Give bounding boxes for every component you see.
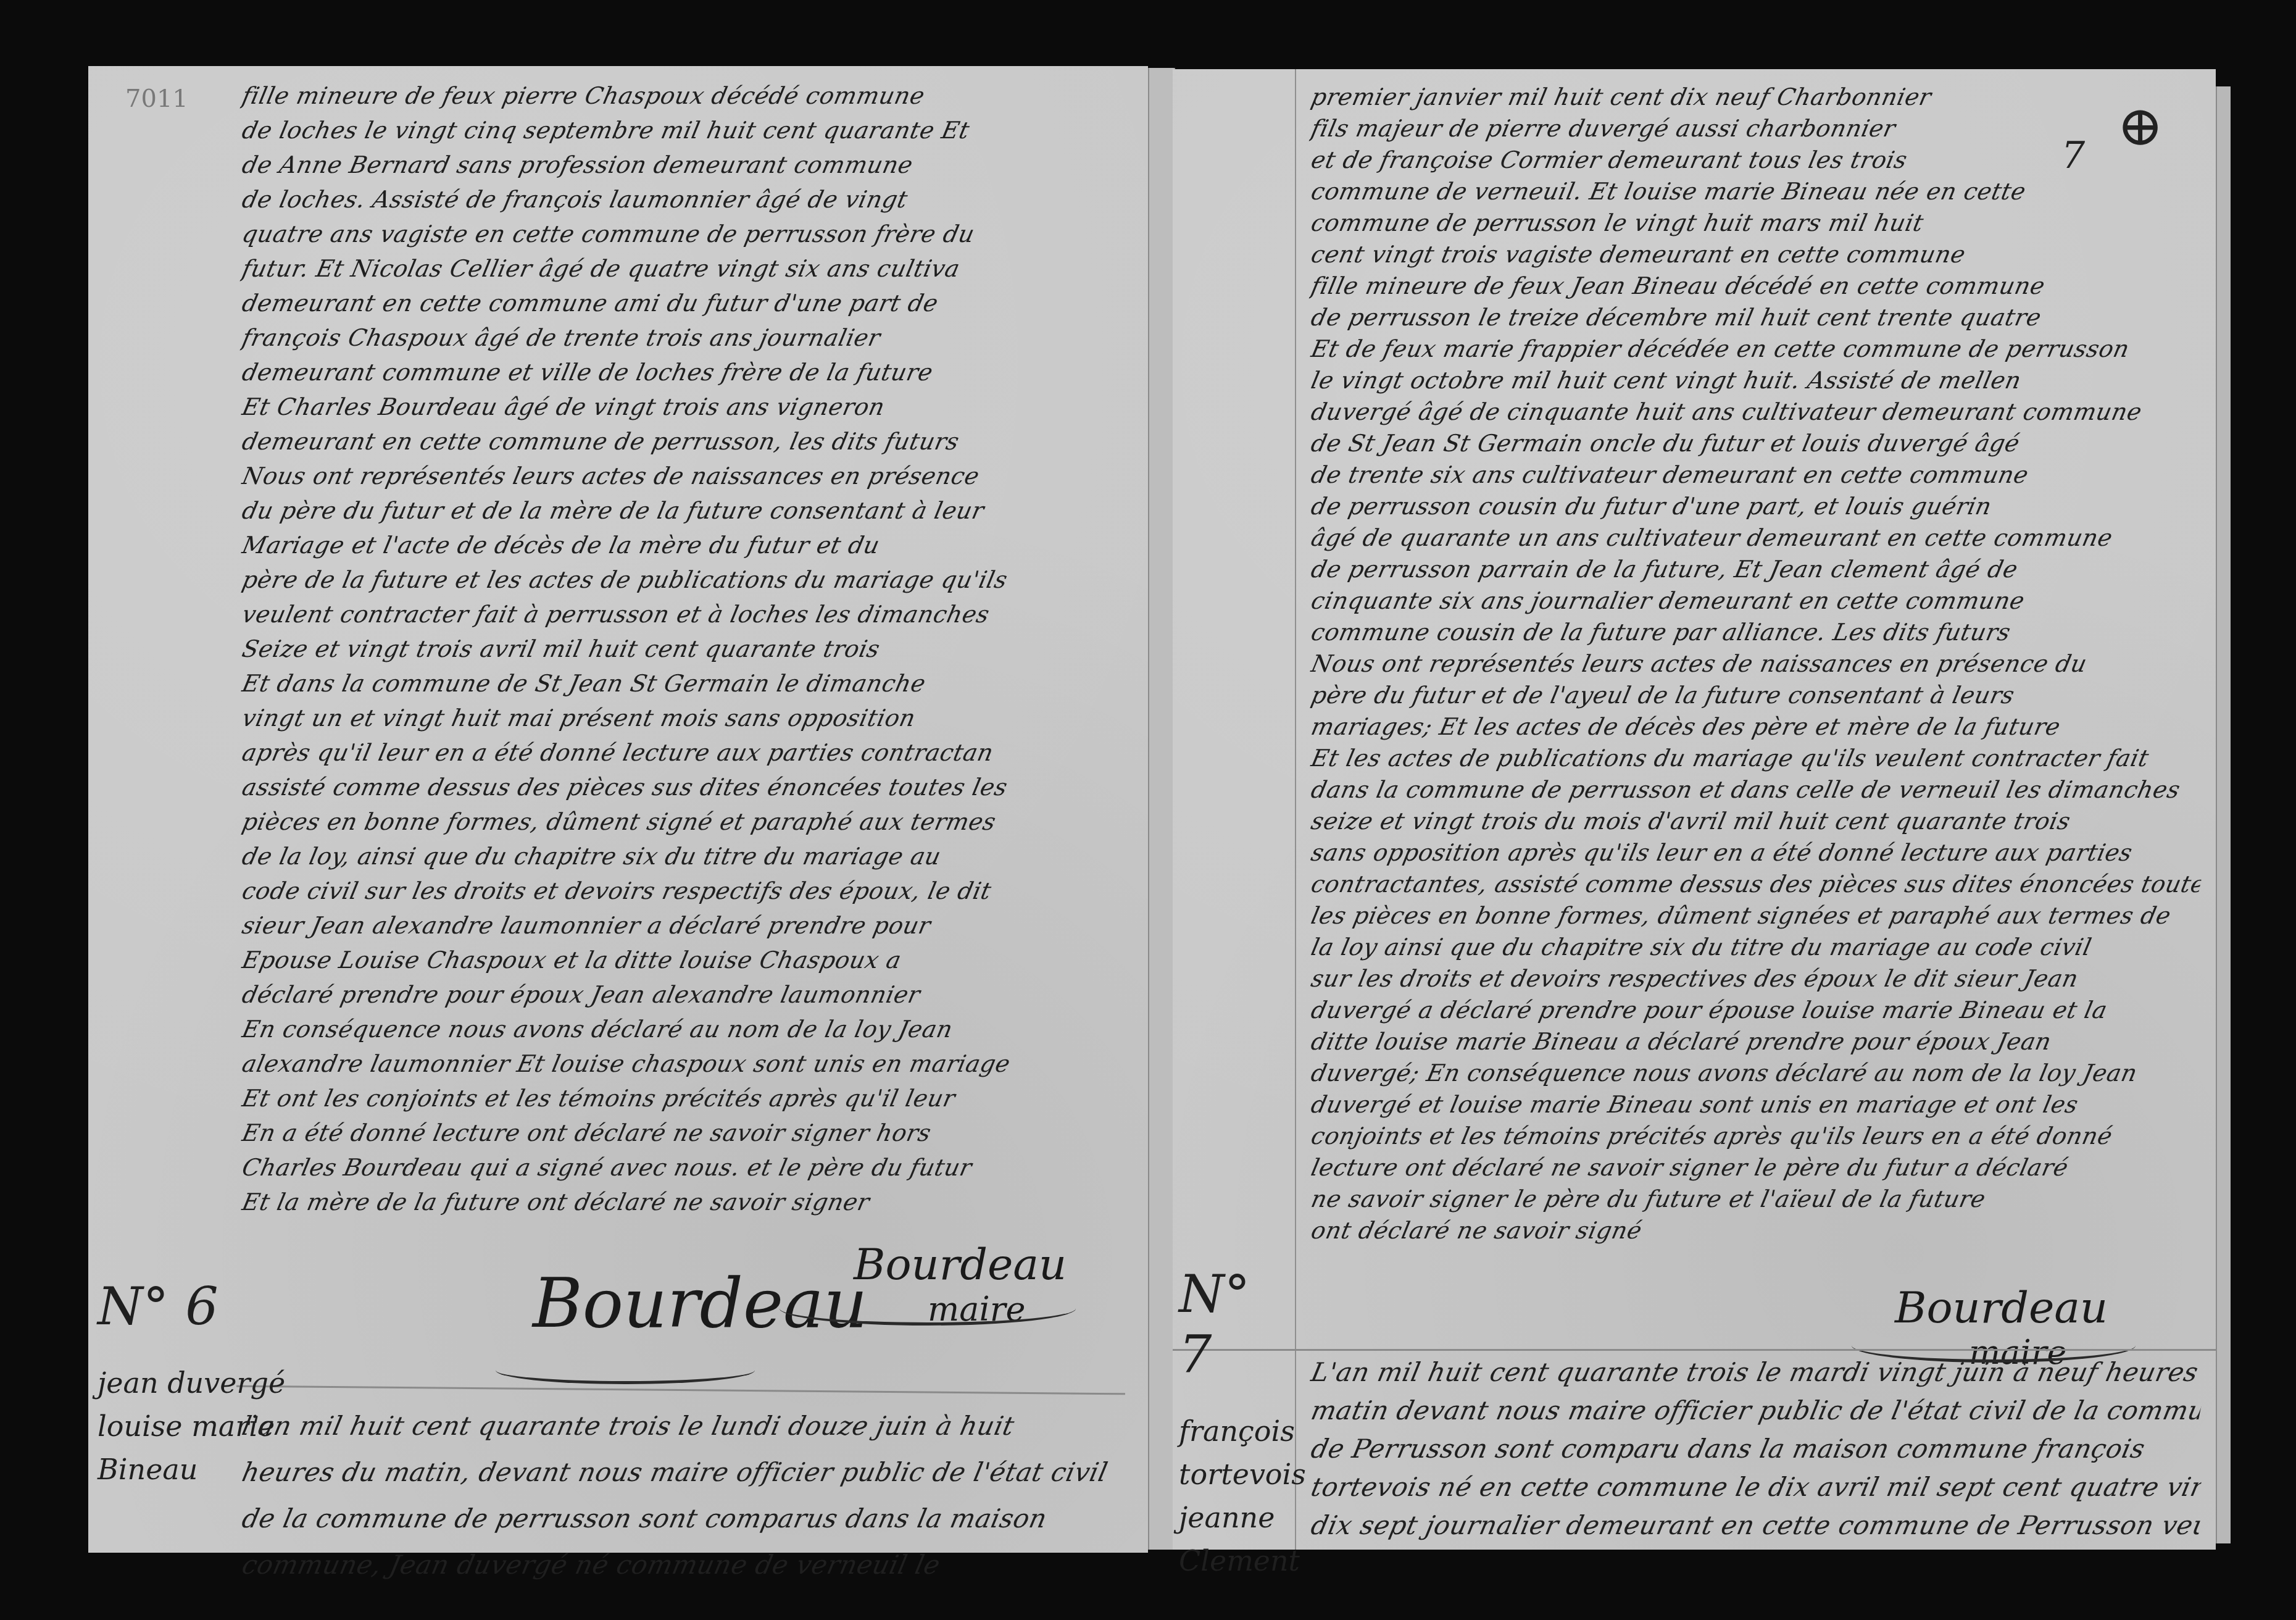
text-line: L'an mil huit cent quarante trois le mar… — [1307, 1353, 2204, 1392]
text-line: duvergé âgé de cinquante huit ans cultiv… — [1308, 396, 2204, 428]
margin-name: françois — [1179, 1409, 1296, 1453]
left-page: 7011 fille mineure de feux pierre Chaspo… — [88, 66, 1148, 1553]
margin-name: jeanne — [1179, 1496, 1296, 1539]
margin-name: Bineau — [98, 1448, 239, 1491]
text-line: la loy ainsi que du chapitre six du titr… — [1308, 932, 2204, 963]
text-line: demeurant commune et ville de loches frè… — [239, 355, 1135, 390]
text-line: futur. Et Nicolas Cellier âgé de quatre … — [239, 251, 1135, 286]
text-line: et de françoise Cormier demeurant tous l… — [1308, 144, 2204, 176]
text-line: pièces en bonne formes, dûment signé et … — [239, 804, 1135, 839]
text-line: duvergé a déclaré prendre pour épouse lo… — [1308, 995, 2204, 1026]
act-separator — [1173, 1349, 2216, 1351]
margin-name: louise marie — [98, 1405, 239, 1448]
text-line: dans la commune de perrusson et dans cel… — [1308, 774, 2204, 806]
text-line: commune cousin de la future par alliance… — [1308, 617, 2204, 648]
text-line: père de la future et les actes de public… — [239, 562, 1135, 597]
text-line: après qu'il leur en a été donné lecture … — [239, 735, 1135, 770]
text-line: Mariage et l'acte de décès de la mère du… — [239, 528, 1135, 562]
text-line: vingt un et vingt huit mai présent mois … — [239, 701, 1135, 735]
text-line: de loches le vingt cinq septembre mil hu… — [239, 113, 1135, 148]
act-margin-note: N° 7 françois tortevois jeanne Clement — [1179, 1264, 1296, 1582]
text-line: françois Chaspoux âgé de trente trois an… — [239, 320, 1135, 355]
text-line: code civil sur les droits et devoirs res… — [239, 874, 1135, 908]
act-separator — [236, 1385, 1125, 1395]
signature-name: Bourdeau — [854, 1239, 1067, 1290]
text-line: conjoints et les témoins précités après … — [1308, 1121, 2204, 1152]
text-line: Et ont les conjoints et les témoins préc… — [239, 1081, 1135, 1116]
text-line: commune, Jean duvergé né commune de vern… — [238, 1542, 1136, 1588]
text-line: demeurant en cette commune de perrusson,… — [239, 424, 1135, 459]
text-line: le vingt octobre mil huit cent vingt hui… — [1308, 365, 2204, 396]
left-page-body: fille mineure de feux pierre Chaspoux dé… — [243, 78, 1131, 1219]
text-line: Et la mère de la future ont déclaré ne s… — [239, 1185, 1135, 1219]
text-line: seize et vingt trois du mois d'avril mil… — [1308, 806, 2204, 837]
text-line: de trente six ans cultivateur demeurant … — [1308, 459, 2204, 491]
text-line: quatre ans vagiste en cette commune de p… — [239, 217, 1135, 251]
text-line: contractantes, assisté comme dessus des … — [1308, 869, 2204, 900]
text-line: cent vingt trois vagiste demeurant en ce… — [1308, 239, 2204, 270]
text-line: fille mineure de feux pierre Chaspoux dé… — [239, 78, 1135, 113]
signature-flourish — [496, 1356, 755, 1384]
margin-name: tortevois — [1179, 1453, 1296, 1496]
act-margin-note: N° 6 jean duvergé louise marie Bineau — [98, 1276, 239, 1491]
text-line: duvergé et louise marie Bineau sont unis… — [1308, 1089, 2204, 1121]
text-line: Charles Bourdeau qui a signé avec nous. … — [239, 1150, 1135, 1185]
text-line: âgé de quarante un ans cultivateur demeu… — [1308, 522, 2204, 554]
text-line: sans opposition après qu'ils leur en a é… — [1308, 837, 2204, 869]
text-line: Et les actes de publications du mariage … — [1308, 743, 2204, 774]
act-number: N° 7 — [1179, 1264, 1296, 1385]
text-line: Nous ont représentés leurs actes de nais… — [1308, 648, 2204, 680]
text-line: ditte louise marie Bineau a déclaré pren… — [1308, 1026, 2204, 1058]
text-line: demeurant en cette commune ami du futur … — [239, 286, 1135, 320]
text-line: les pièces en bonne formes, dûment signé… — [1308, 900, 2204, 932]
text-line: En a été donné lecture ont déclaré ne sa… — [239, 1116, 1135, 1150]
text-line: cinquante six ans journalier demeurant e… — [1308, 585, 2204, 617]
text-line: commune de verneuil. Et louise marie Bin… — [1308, 176, 2204, 207]
text-line: premier janvier mil huit cent dix neuf C… — [1308, 81, 2204, 113]
signature-name: Bourdeau — [1895, 1282, 2108, 1333]
text-line: de la commune de perrusson sont comparus… — [238, 1495, 1136, 1542]
text-line: de perrusson parrain de la future, Et Je… — [1308, 554, 2204, 585]
text-line: Et de feux marie frappier décédée en cet… — [1308, 333, 2204, 365]
text-line: de perrusson le treize décembre mil huit… — [1308, 302, 2204, 333]
right-page: ⊕ 7 premier janvier mil huit cent dix ne… — [1173, 69, 2216, 1550]
text-line: veulent contracter fait à perrusson et à… — [239, 597, 1135, 632]
text-line: ont déclaré ne savoir signé — [1308, 1215, 2204, 1246]
text-line: Nous ont représentés leurs actes de nais… — [239, 459, 1135, 493]
text-line: de loches. Assisté de françois laumonnie… — [239, 182, 1135, 217]
text-line: Epouse Louise Chaspoux et la ditte louis… — [239, 943, 1135, 977]
margin-name: jean duvergé — [98, 1361, 239, 1405]
text-line: de St Jean St Germain oncle du futur et … — [1308, 428, 2204, 459]
text-line: sieur Jean alexandre laumonnier a déclar… — [239, 908, 1135, 943]
text-line: de Anne Bernard sans profession demeuran… — [239, 148, 1135, 182]
signature-flourish — [780, 1292, 1076, 1326]
text-line: En conséquence nous avons déclaré au nom… — [239, 1012, 1135, 1046]
text-line: heures du matin, devant nous maire offic… — [238, 1449, 1136, 1495]
text-line: fille mineure de feux Jean Bineau décédé… — [1308, 270, 2204, 302]
text-line: Et dans la commune de St Jean St Germain… — [239, 666, 1135, 701]
text-line: lecture ont déclaré ne savoir signer le … — [1308, 1152, 2204, 1184]
text-line: de perrusson cousin du futur d'une part,… — [1308, 491, 2204, 522]
act-number: N° 6 — [98, 1276, 239, 1337]
text-line: ne savoir signer le père du future et l'… — [1308, 1184, 2204, 1215]
text-line: Seize et vingt trois avril mil huit cent… — [239, 632, 1135, 666]
text-line: Et Charles Bourdeau âgé de vingt trois a… — [239, 390, 1135, 424]
page-edge — [2216, 86, 2231, 1543]
text-line: déclaré prendre pour époux Jean alexandr… — [239, 977, 1135, 1012]
text-line: sur les droits et devoirs respectives de… — [1308, 963, 2204, 995]
right-page-body: premier janvier mil huit cent dix neuf C… — [1312, 81, 2200, 1246]
corner-mark: 7011 — [125, 85, 188, 113]
text-line: tortevois né en cette commune le dix avr… — [1307, 1468, 2204, 1506]
text-line: alexandre laumonnier Et louise chaspoux … — [239, 1046, 1135, 1081]
text-line: père du futur et de l'ayeul de la future… — [1308, 680, 2204, 711]
text-line: du père du futur et de la mère de la fut… — [239, 493, 1135, 528]
next-act-text: l'an mil huit cent quarante trois le lun… — [243, 1403, 1131, 1588]
margin-name: Clement — [1179, 1539, 1296, 1582]
text-line: commune de perrusson le vingt huit mars … — [1308, 207, 2204, 239]
text-line: l'an mil huit cent quarante trois le lun… — [238, 1403, 1136, 1449]
text-line: matin devant nous maire officier public … — [1307, 1392, 2204, 1430]
text-line: de Perrusson sont comparu dans la maison… — [1307, 1430, 2204, 1468]
next-act-text: L'an mil huit cent quarante trois le mar… — [1312, 1353, 2200, 1545]
text-line: fils majeur de pierre duvergé aussi char… — [1308, 113, 2204, 144]
text-line: de la loy, ainsi que du chapitre six du … — [239, 839, 1135, 874]
text-line: duvergé; En conséquence nous avons décla… — [1308, 1058, 2204, 1089]
text-line: assisté comme dessus des pièces sus dite… — [239, 770, 1135, 804]
text-line: dix sept journalier demeurant en cette c… — [1307, 1506, 2204, 1545]
text-line: mariages; Et les actes de décès des père… — [1308, 711, 2204, 743]
book-spine — [1148, 68, 1175, 1550]
